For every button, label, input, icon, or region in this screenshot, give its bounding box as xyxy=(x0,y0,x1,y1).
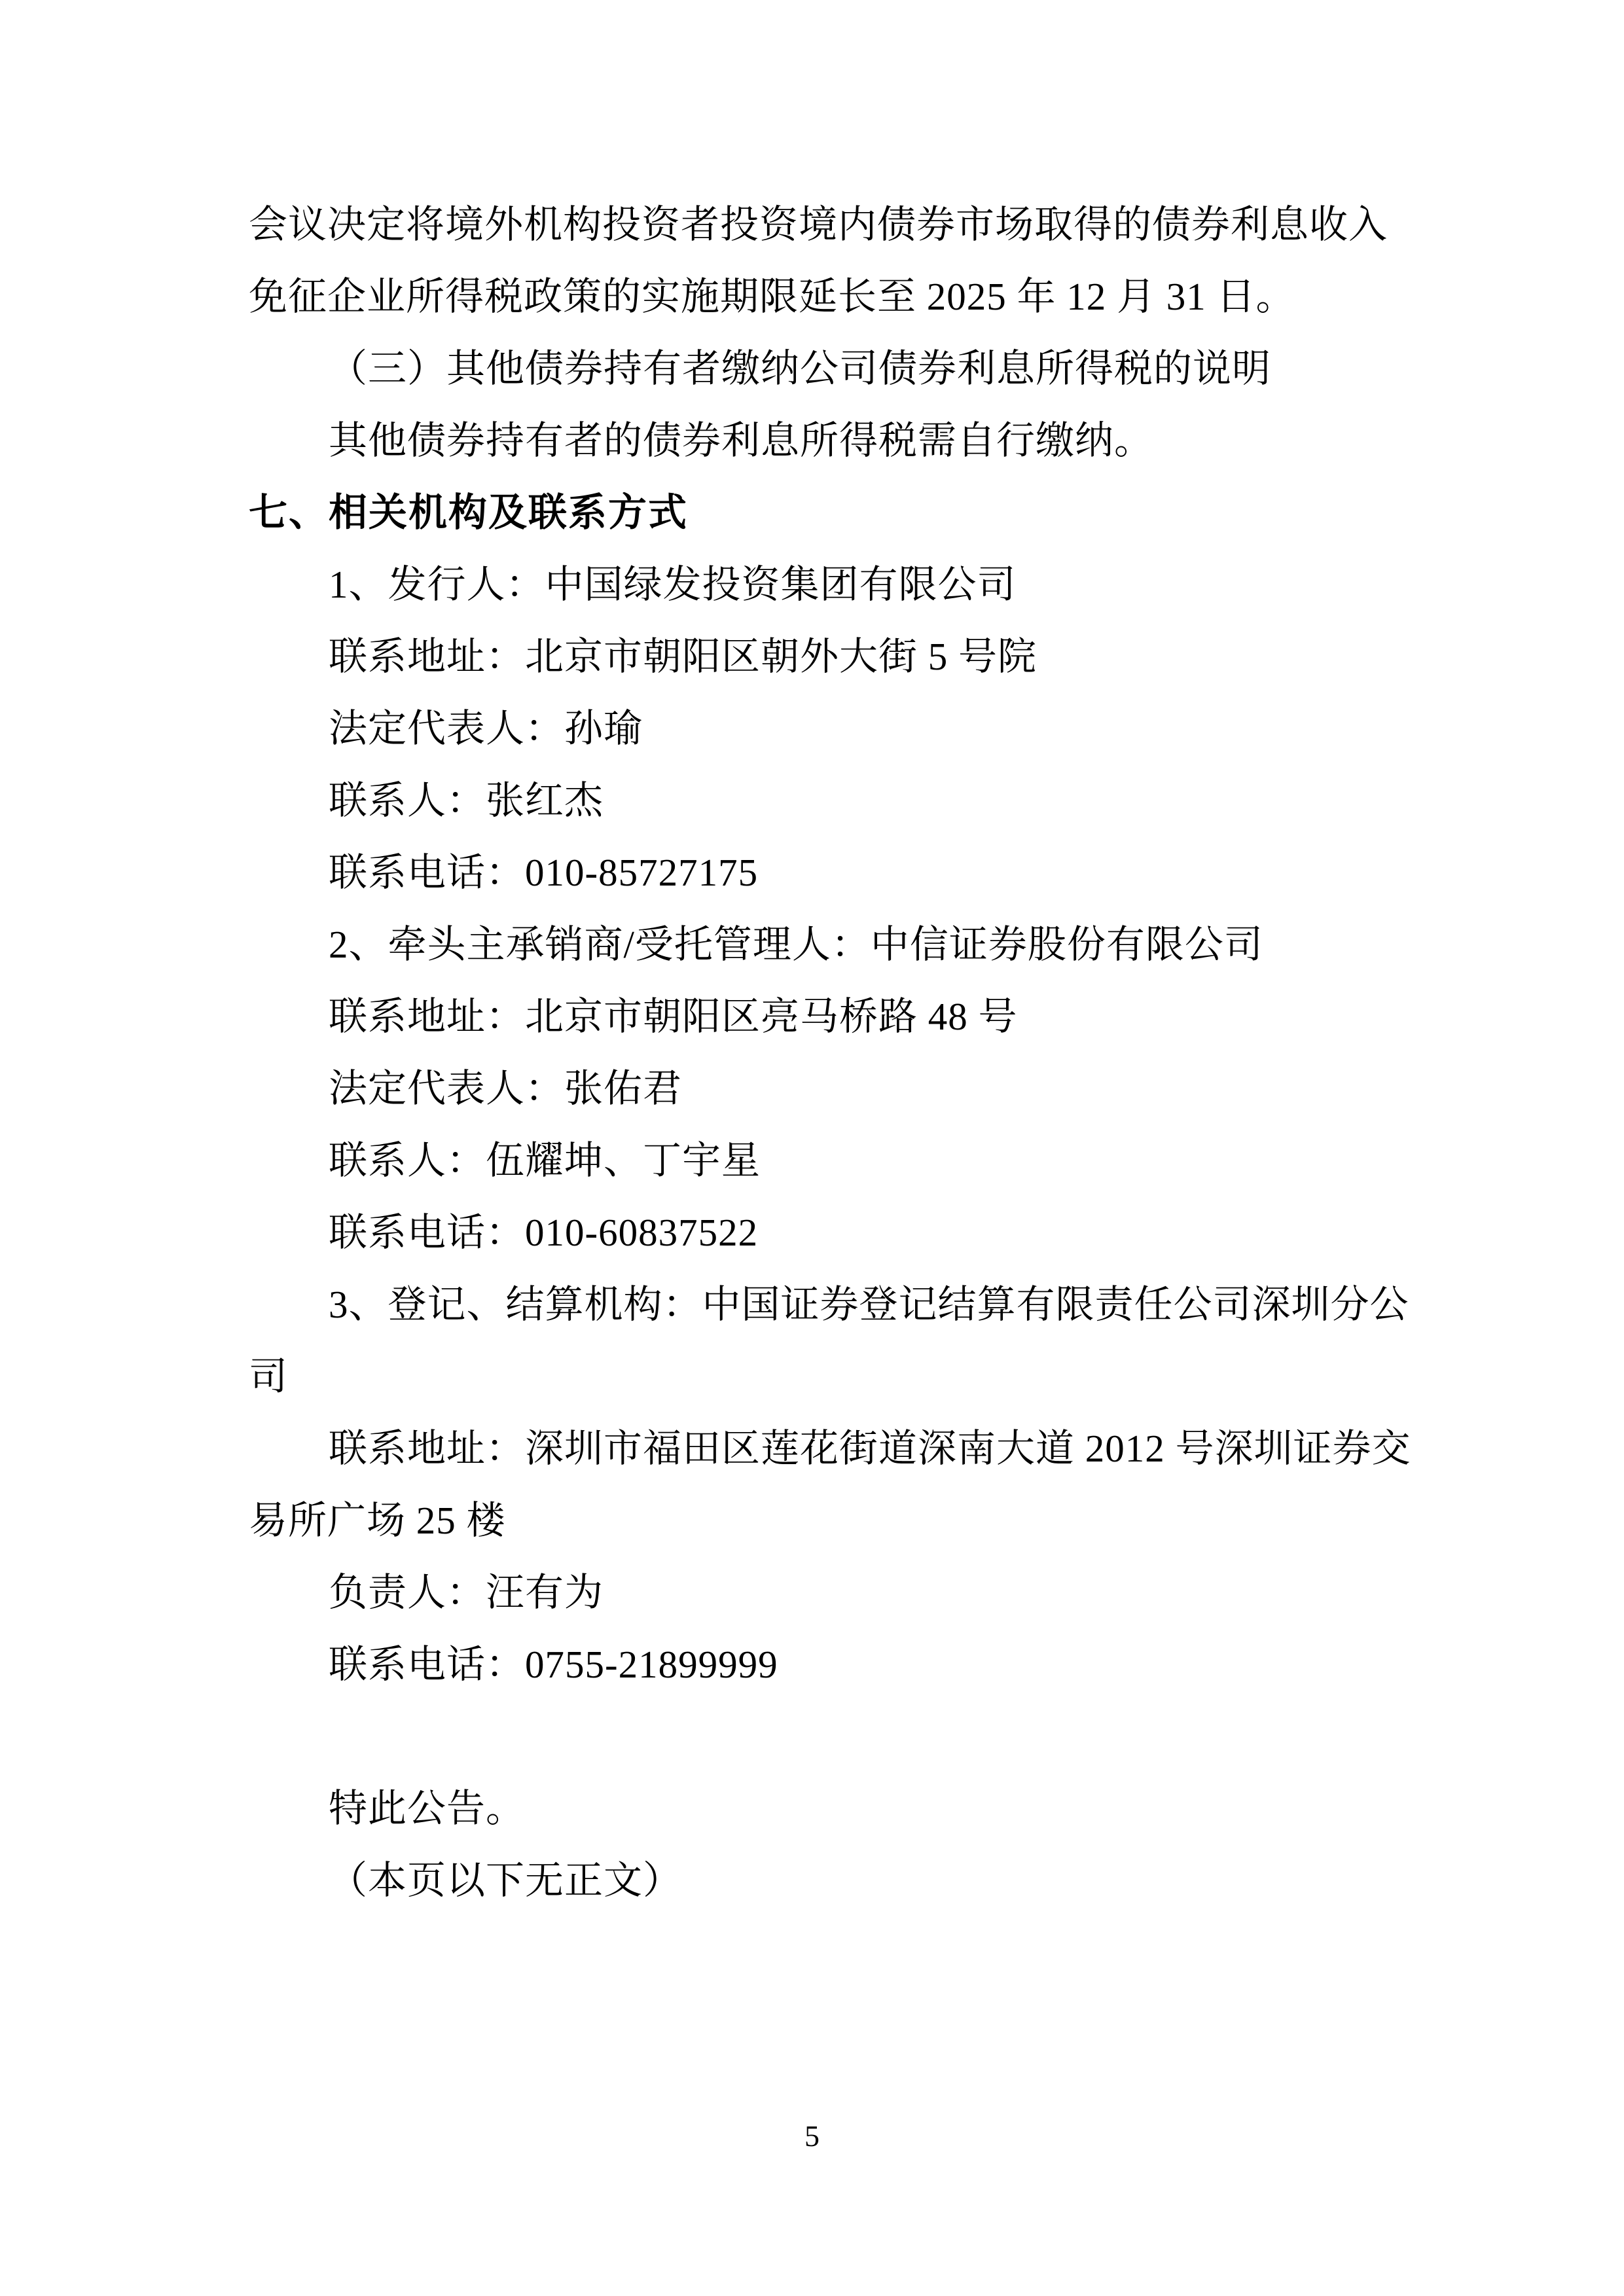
section-heading: 七、相关机构及联系方式 xyxy=(249,476,1375,548)
underwriter-contact-line: 联系人：伍耀坤、丁宇星 xyxy=(249,1124,1375,1196)
issuer-contact-line: 联系人：张红杰 xyxy=(249,764,1375,836)
registrar-phone-line: 联系电话：0755-21899999 xyxy=(249,1628,1375,1700)
issuer-phone-line: 联系电话：010-85727175 xyxy=(249,836,1375,908)
document-page: 会议决定将境外机构投资者投资境内债券市场取得的债券利息收入 免征企业所得税政策的… xyxy=(0,0,1624,2296)
registrar-contact-line: 负责人：汪有为 xyxy=(249,1556,1375,1628)
issuer-address-line: 联系地址：北京市朝阳区朝外大街 5 号院 xyxy=(249,620,1375,692)
announcement-closing-line: 特此公告。 xyxy=(249,1772,1375,1844)
underwriter-address-line: 联系地址：北京市朝阳区亮马桥路 48 号 xyxy=(249,980,1375,1052)
paragraph-line: 免征企业所得税政策的实施期限延长至 2025 年 12 月 31 日。 xyxy=(249,260,1375,332)
registrar-name-line: 3、登记、结算机构：中国证券登记结算有限责任公司深圳分公 xyxy=(249,1268,1375,1340)
underwriter-phone-line: 联系电话：010-60837522 xyxy=(249,1196,1375,1268)
document-body: 会议决定将境外机构投资者投资境内债券市场取得的债券利息收入 免征企业所得税政策的… xyxy=(0,0,1624,1916)
paragraph-line: 会议决定将境外机构投资者投资境内债券市场取得的债券利息收入 xyxy=(249,188,1375,260)
paragraph-line: （三）其他债券持有者缴纳公司债券利息所得税的说明 xyxy=(249,332,1375,404)
no-text-below-notice: （本页以下无正文） xyxy=(249,1844,1375,1916)
issuer-name-line: 1、发行人：中国绿发投资集团有限公司 xyxy=(249,548,1375,620)
underwriter-name-line: 2、牵头主承销商/受托管理人：中信证券股份有限公司 xyxy=(249,908,1375,980)
page-number: 5 xyxy=(0,2119,1624,2153)
issuer-legal-rep-line: 法定代表人：孙瑜 xyxy=(249,692,1375,764)
underwriter-legal-rep-line: 法定代表人：张佑君 xyxy=(249,1052,1375,1124)
registrar-address-line: 联系地址：深圳市福田区莲花街道深南大道 2012 号深圳证券交 xyxy=(249,1412,1375,1484)
registrar-name-wrap-line: 司 xyxy=(249,1340,1375,1412)
registrar-address-wrap-line: 易所广场 25 楼 xyxy=(249,1484,1375,1556)
paragraph-line: 其他债券持有者的债券利息所得税需自行缴纳。 xyxy=(249,404,1375,476)
